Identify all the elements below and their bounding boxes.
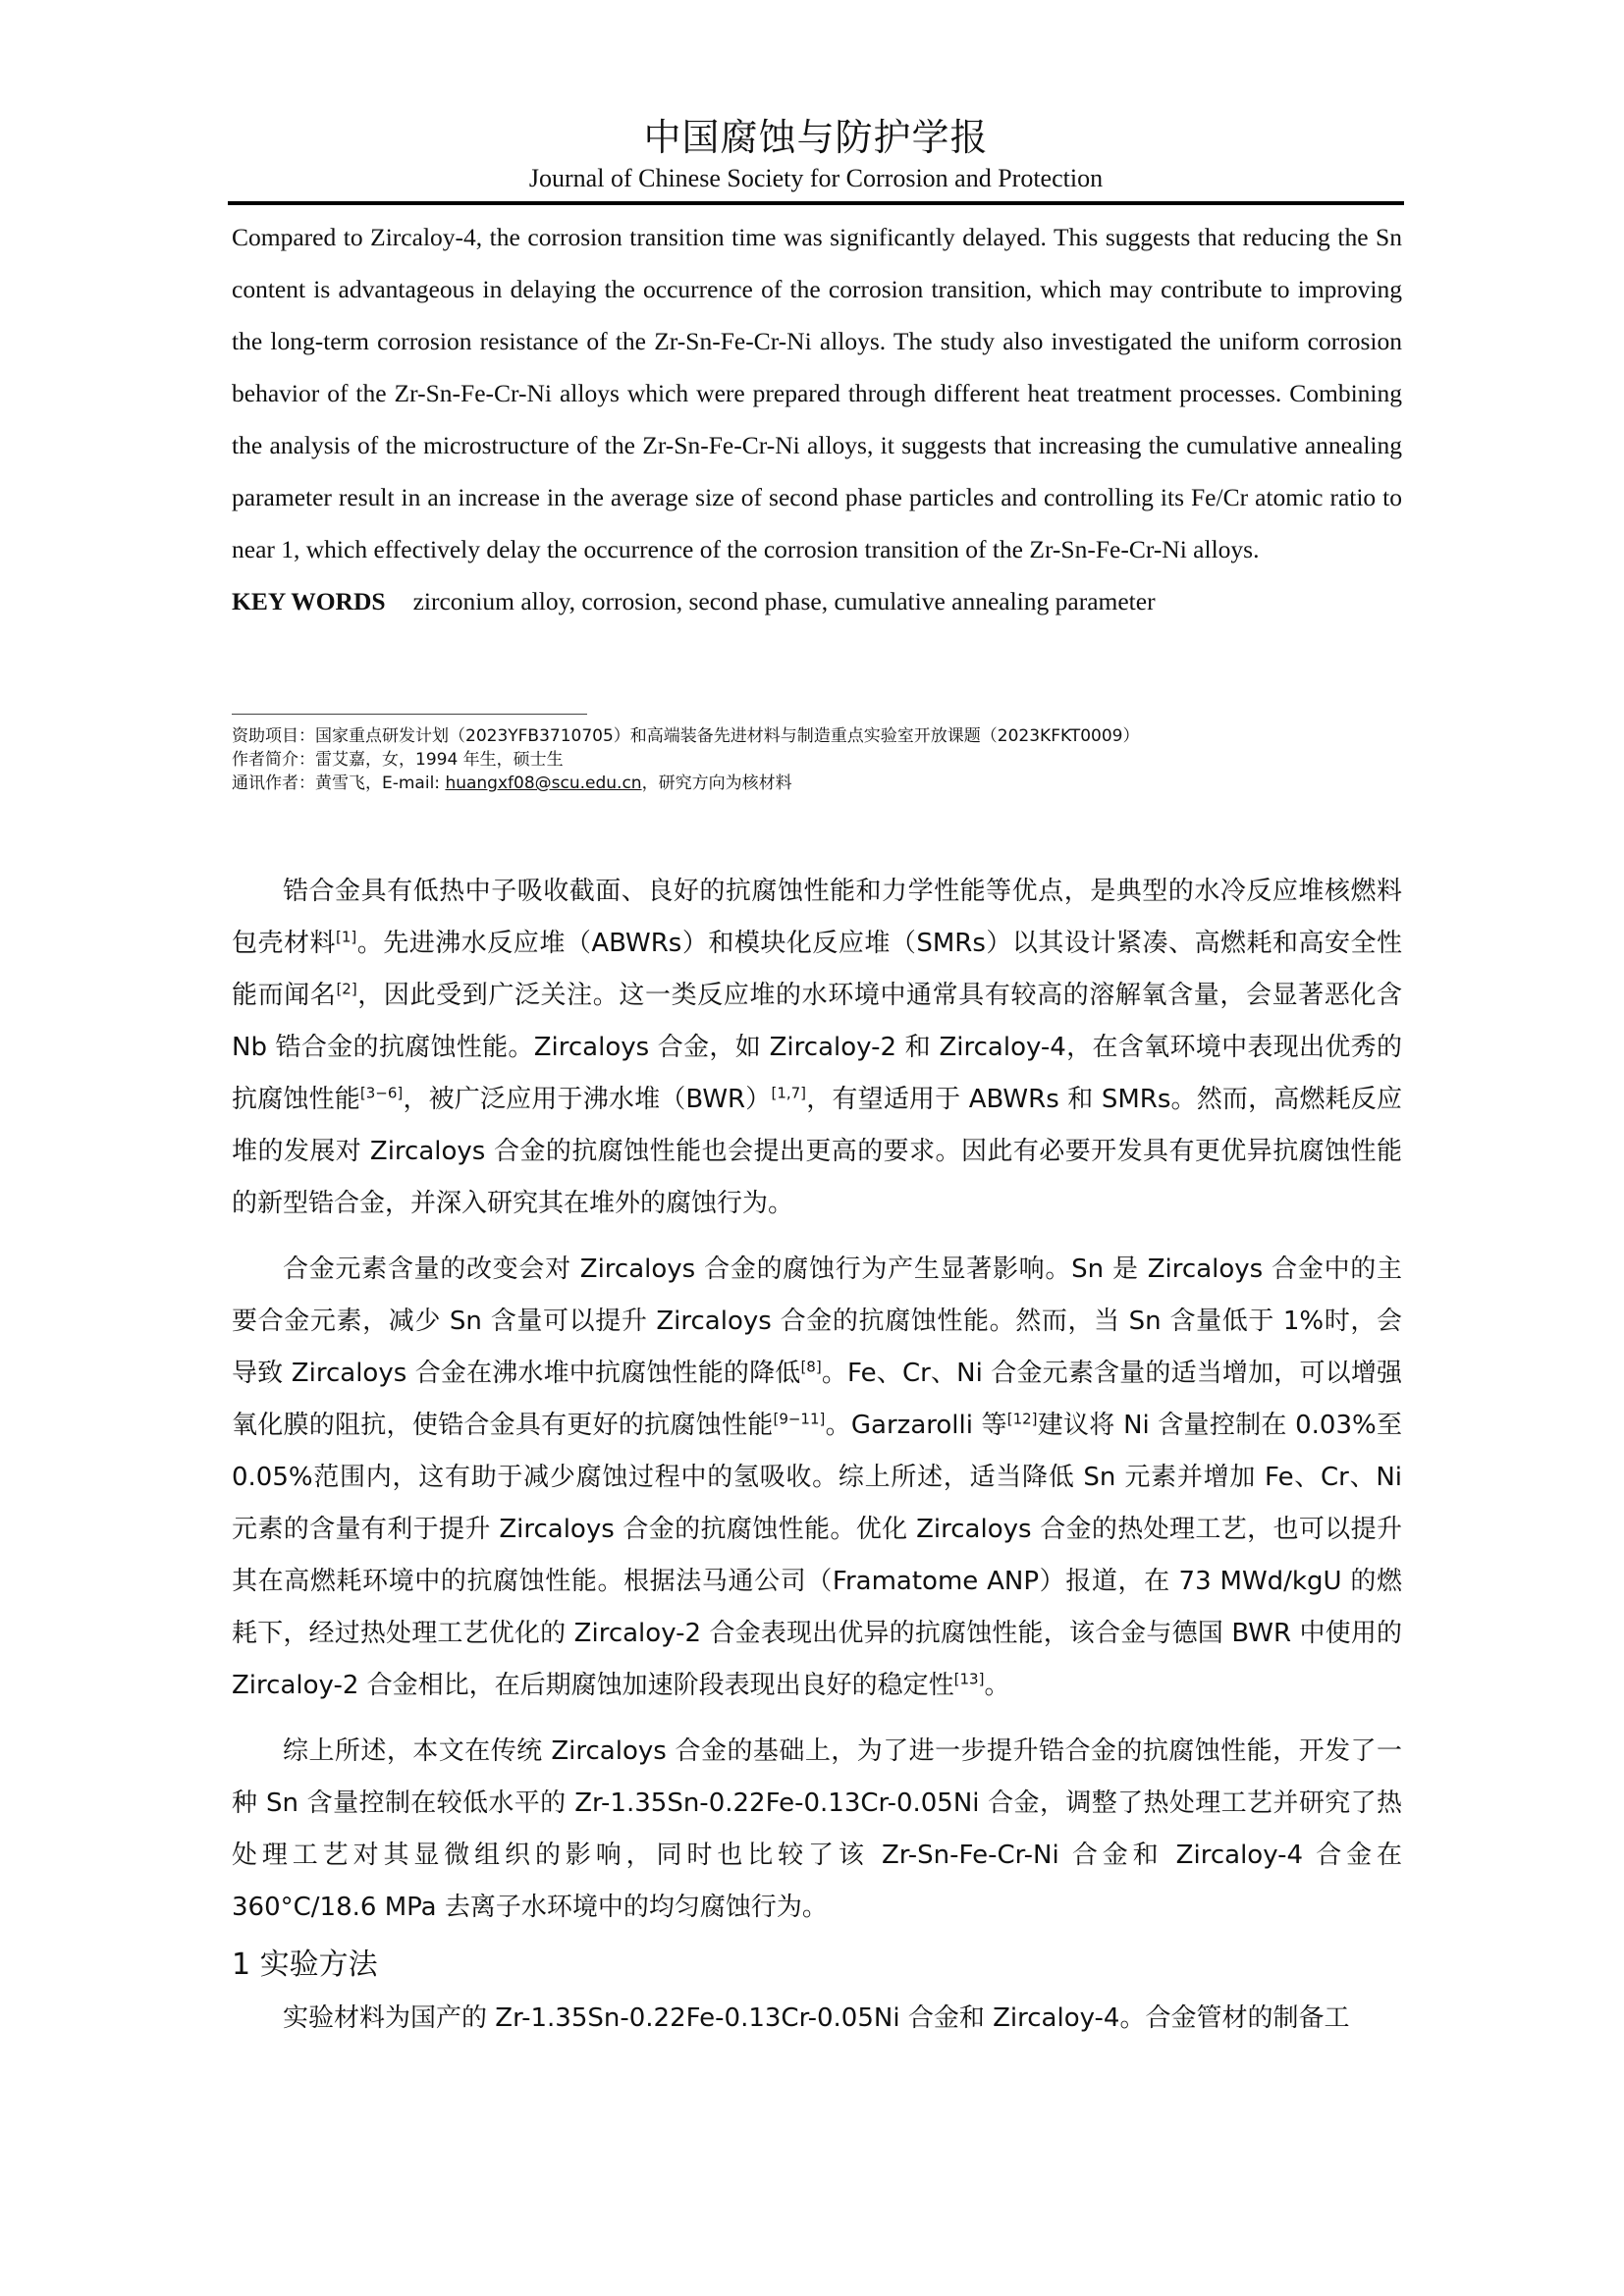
journal-title-en: Journal of Chinese Society for Corrosion… <box>228 163 1404 194</box>
abstract-section: Compared to Zircaloy-4, the corrosion tr… <box>232 211 1402 627</box>
section-heading: 1 实验方法 <box>232 1944 1402 1987</box>
citation[interactable]: [13] <box>954 1670 985 1687</box>
paragraph-4: 实验材料为国产的 Zr-1.35Sn-0.22Fe-0.13Cr-0.05Ni … <box>232 1993 1402 2045</box>
journal-header: 中国腐蚀与防护学报 Journal of Chinese Society for… <box>228 116 1404 194</box>
funding-note: 资助项目：国家重点研发计划（2023YFB3710705）和高端装备先进材料与制… <box>232 724 1402 748</box>
citation[interactable]: [8] <box>800 1358 821 1375</box>
header-rule <box>228 201 1404 205</box>
footnote-rule <box>232 714 587 715</box>
citation[interactable]: [2] <box>336 980 356 997</box>
email-link[interactable]: huangxf08@scu.edu.cn <box>445 774 641 793</box>
keywords-value: zirconium alloy, corrosion, second phase… <box>413 587 1156 615</box>
paragraph-2: 合金元素含量的改变会对 Zircaloys 合金的腐蚀行为产生显著影响。Sn 是… <box>232 1244 1402 1712</box>
citation[interactable]: [1] <box>336 928 356 945</box>
citation[interactable]: [12] <box>1007 1410 1038 1427</box>
journal-title-cn: 中国腐蚀与防护学报 <box>228 116 1404 159</box>
abstract-text: Compared to Zircaloy-4, the corrosion tr… <box>232 211 1402 575</box>
paragraph-3: 综上所述，本文在传统 Zircaloys 合金的基础上，为了进一步提升锆合金的抗… <box>232 1726 1402 1934</box>
citation[interactable]: [1,7] <box>771 1084 806 1101</box>
corresponding-prefix: 通讯作者：黄雪飞，E-mail: <box>232 774 445 793</box>
author-note: 作者简介：雷艾嘉，女，1994 年生，硕士生 <box>232 748 1402 772</box>
keywords-label: KEY WORDS <box>232 587 386 615</box>
paragraph-1: 锆合金具有低热中子吸收截面、良好的抗腐蚀性能和力学性能等优点，是典型的水冷反应堆… <box>232 866 1402 1230</box>
citation[interactable]: [9−11] <box>773 1410 825 1427</box>
citation[interactable]: [3−6] <box>360 1084 403 1101</box>
corresponding-suffix: ，研究方向为核材料 <box>642 774 792 793</box>
footnotes: 资助项目：国家重点研发计划（2023YFB3710705）和高端装备先进材料与制… <box>232 724 1402 795</box>
corresponding-note: 通讯作者：黄雪飞，E-mail: huangxf08@scu.edu.cn，研究… <box>232 772 1402 795</box>
keywords-line: KEY WORDSzirconium alloy, corrosion, sec… <box>232 575 1402 627</box>
body-text: 锆合金具有低热中子吸收截面、良好的抗腐蚀性能和力学性能等优点，是典型的水冷反应堆… <box>232 866 1402 2058</box>
